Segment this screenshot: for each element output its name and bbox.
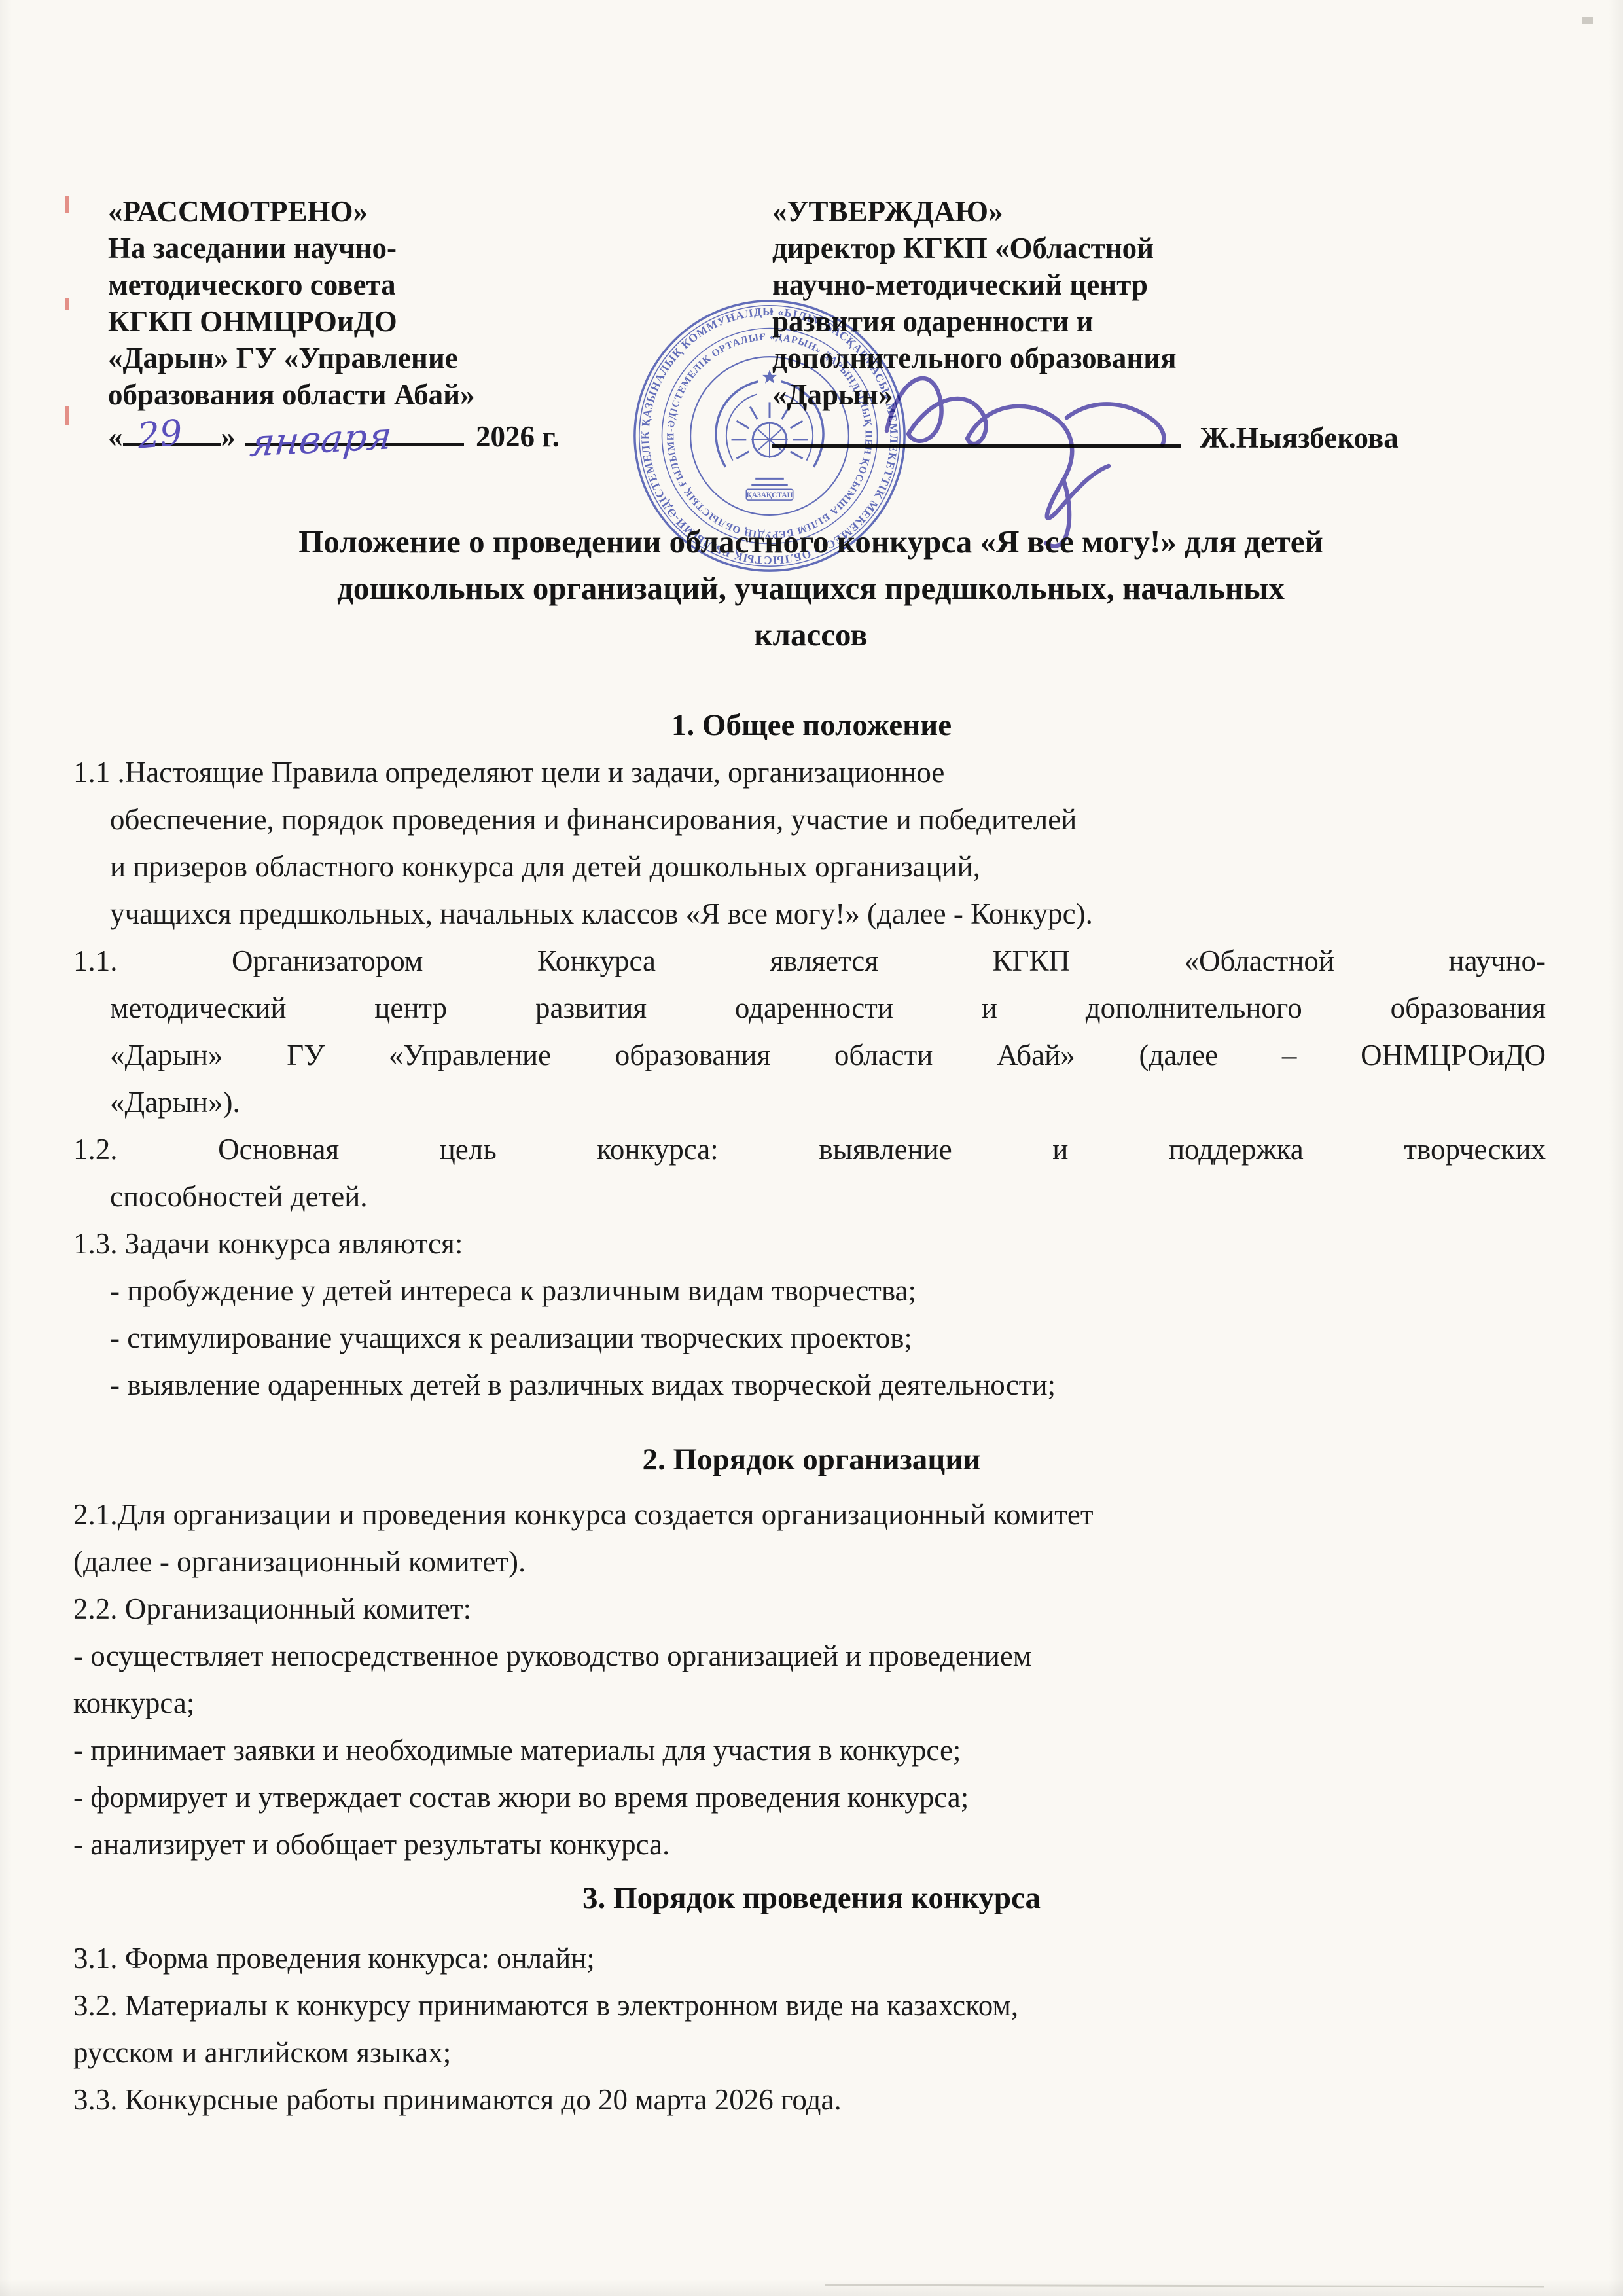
body-line: - анализирует и обобщает результаты конк… [0, 1821, 1623, 1868]
section-heading-3: 3. Порядок проведения конкурса [0, 1874, 1623, 1922]
title-line: Положение о проведении областного конкур… [72, 518, 1550, 565]
section-heading-2: 2. Порядок организации [0, 1436, 1623, 1483]
body-line: 2.1.Для организации и проведения конкурс… [0, 1491, 1623, 1538]
body-line: способностей детей. [0, 1173, 1623, 1220]
body-line: 1.1 .Настоящие Правила определяют цели и… [0, 749, 1623, 796]
body-line: - выявление одаренных детей в различных … [0, 1361, 1623, 1408]
body-line: 3.3. Конкурсные работы принимаются до 20… [0, 2076, 1623, 2123]
approval-line: «РАССМОТРЕНО» [108, 193, 769, 230]
day-underline: 29 [123, 443, 221, 446]
close-quote: » [221, 420, 236, 453]
body-line: 3.1. Форма проведения конкурса: онлайн; [0, 1935, 1623, 1982]
stamp-emblem [716, 370, 823, 500]
body-line: и призеров областного конкурса для детей… [0, 843, 1623, 890]
month-underline: января [245, 443, 464, 446]
body-line: конкурса; [0, 1679, 1623, 1727]
body-line: 3.2. Материалы к конкурсу принимаются в … [0, 1982, 1623, 2029]
body-line: «Дарын» ГУ «Управление образования облас… [0, 1031, 1623, 1079]
section-heading-1: 1. Общее положение [0, 702, 1623, 749]
body-line: - осуществляет непосредственное руководс… [0, 1632, 1623, 1679]
body-line: - пробуждение у детей интереса к различн… [0, 1267, 1623, 1314]
body-line: 1.3. Задачи конкурса являются: [0, 1220, 1623, 1267]
title-line: классов [72, 611, 1550, 658]
handwritten-day: 29 [135, 415, 183, 454]
body-line: - формирует и утверждает состав жюри во … [0, 1774, 1623, 1821]
body-line: 1.1. Организатором Конкурса является КГК… [0, 937, 1623, 984]
approval-line: директор КГКП «Областной [772, 230, 1564, 266]
body-line: 2.2. Организационный комитет: [0, 1585, 1623, 1632]
body-line: 1.2. Основная цель конкурса: выявление и… [0, 1126, 1623, 1173]
body-line: - стимулирование учащихся к реализации т… [0, 1314, 1623, 1361]
scan-artifact [1582, 17, 1593, 24]
scan-artifact [825, 2284, 1544, 2288]
body-line: «Дарын»). [0, 1079, 1623, 1126]
handwritten-month: января [249, 418, 393, 461]
approval-line: «УТВЕРЖДАЮ» [772, 193, 1564, 230]
open-quote: « [108, 420, 123, 453]
title-line: дошкольных организаций, учащихся предшко… [72, 565, 1550, 611]
document-page: «РАССМОТРЕНО» На заседании научно- метод… [0, 0, 1623, 2296]
scan-artifact [65, 196, 69, 213]
document-body: 1. Общее положение 1.1 .Настоящие Правил… [0, 702, 1623, 2123]
stamp-center-label: ҚАЗАҚСТАН [747, 492, 793, 499]
body-line: (далее - организационный комитет). [0, 1538, 1623, 1585]
body-line: методический центр развития одаренности … [0, 984, 1623, 1031]
scan-artifact [65, 406, 69, 425]
scan-artifact [65, 298, 69, 310]
year-label: 2026 г. [476, 420, 560, 453]
body-line: учащихся предшкольных, начальных классов… [0, 890, 1623, 937]
body-line: - принимает заявки и необходимые материа… [0, 1727, 1623, 1774]
approval-line: На заседании научно- [108, 230, 769, 266]
document-title: Положение о проведении областного конкур… [72, 518, 1550, 658]
body-line: обеспечение, порядок проведения и финанс… [0, 796, 1623, 843]
body-line: русском и английском языках; [0, 2029, 1623, 2076]
signer-name: Ж.Ныязбекова [1200, 422, 1399, 454]
